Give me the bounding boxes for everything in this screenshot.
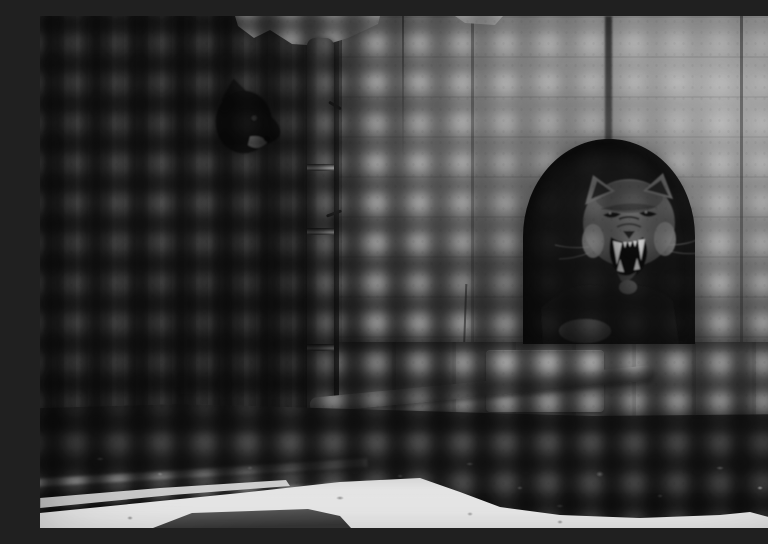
film-grain <box>40 16 768 528</box>
photo-frame: Snarling wildcat in an arched den doorwa… <box>40 16 768 528</box>
